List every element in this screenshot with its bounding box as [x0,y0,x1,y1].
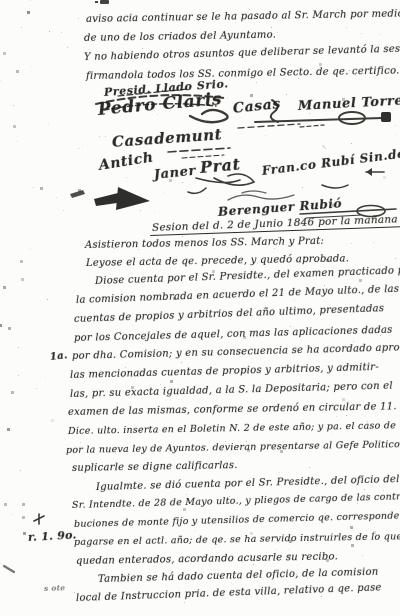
handwritten-line: por la nueva ley de Ayuntos. devieran pr… [66,439,400,456]
handwritten-line: aviso acia continuar se le ha pasado al … [86,8,400,25]
rubi-flourish [322,168,384,188]
handwritten-line: local de Instruccion pria. de esta villa… [76,582,382,604]
handwritten-line: las, pr. su exacta igualdad, a la S. la … [70,381,393,400]
paper-noise [0,0,1,1]
pre-heading-squiggle [228,191,294,200]
handwritten-line: por los Concejales de aquel, con mas las… [74,325,393,344]
handwritten-line: examen de las mismas, conforme se ordenó… [68,401,397,418]
handwritten-line: las mencionadas cuentas de propios y arb… [70,362,379,381]
prat-flourish [214,174,254,185]
session-heading: Sesion del d. 2 de Junio 1846 por la mañ… [150,213,400,236]
handwritten-line: Tambien se há dado cuenta del oficio, de… [98,567,379,585]
margin-note: 1a. [49,350,68,363]
handwritten-line: quedan enterados, acordando acusarle su … [76,551,338,567]
signature: Antich [98,149,155,173]
handwritten-line: Diose cuenta por el Sr. Presidte., del e… [95,265,400,287]
handwritten-line: Asistieron todos menos los SS. March y P… [85,236,324,251]
arrow-ink-blot [70,187,150,210]
handwritten-line: pagarse en el actl. año; de qe. se ha se… [74,531,400,548]
janer-flourish [188,178,240,193]
casas-underline [238,124,300,128]
handwritten-line: buciones de monte fijo y utensilios de c… [74,510,400,530]
signature: Fran.co Rubí Sin.do [261,146,400,178]
margin-cross-mark [34,514,44,524]
handwritten-line: la comision nombrada en acuerdo el 21 de… [76,284,400,306]
scan-edge-mark [95,0,109,4]
handwritten-line: Sr. Intendte. de 28 de Mayo ulto., y pli… [72,491,400,511]
claris-rubric [190,110,228,122]
signature: Manuel Torres [298,93,400,114]
signature: Prat [199,154,241,176]
handwritten-line: Dice. ulto. inserta en el Boletin N. 2 d… [68,420,400,437]
manuscript-page: aviso acia continuar se le ha pasado al … [0,0,400,616]
handwritten-line: por dha. Comision; y en su consecuencia … [72,342,400,362]
margin-note: s ote [44,583,66,593]
edge-daub [4,566,14,572]
handwritten-line: suplicarle se digne calificarlas. [72,460,238,474]
handwritten-line: Leyose el acta de qe. precede, y quedó a… [86,253,349,269]
margin-note: r. 1. 9o. [28,528,77,544]
signature: Casademunt [111,125,222,151]
signature: Janer [153,164,196,183]
signature: Casas [232,96,281,117]
handwritten-line: Y no habiendo otros asuntos que delibera… [84,43,400,63]
torres-flourish [255,112,391,127]
handwritten-line: firmandola todos los SS. conmigo el Sect… [86,66,400,82]
handwritten-line: Igualmte. se dió cuenta por el Sr. Presi… [96,474,400,493]
handwritten-line: de uno de los criados del Ayuntamo. [84,30,276,44]
handwritten-line: cuentas de propios y arbitrios del año u… [74,303,385,325]
